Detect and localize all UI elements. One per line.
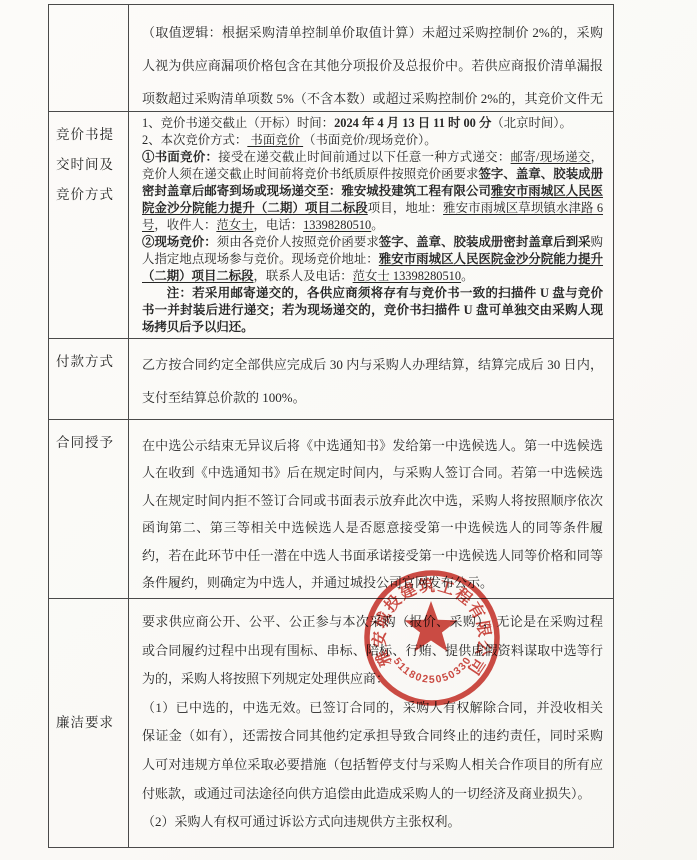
text-segment: ，联系人及电话： xyxy=(254,269,353,283)
text-segment: 2024 年 4 月 13 日 11 时 00 分 xyxy=(334,116,491,130)
row-content-bid-submission: 1、竞价书递交截止（开标）时间：2024 年 4 月 13 日 11 时 00 … xyxy=(129,112,613,338)
document-page: （取值逻辑：根据采购清单控制单价取值计算）未超过采购控制价 2%的，采购人视为供… xyxy=(0,0,697,860)
paragraph: 注：若采用邮寄递交的，各供应商须将存有与竞价书一致的扫描件 U 盘与竞价书一并封… xyxy=(142,285,603,336)
row-label-bid-submission: 竞价书提交时间及竞价方式 xyxy=(49,112,129,338)
text-segment: 要求供应商公开、公平、公正参与本次采购（报价、采购），无论是在采购过程或合同履约… xyxy=(142,614,603,686)
paragraph: （2）采购人有权可通过诉讼方式向违规供方主张权利。 xyxy=(142,808,603,837)
paragraph: 2、本次竞价方式： 书面竞价 （书面竞价/现场竞价）。 xyxy=(142,132,603,149)
table-row-bid-submission: 竞价书提交时间及竞价方式 1、竞价书递交截止（开标）时间：2024 年 4 月 … xyxy=(49,112,613,339)
text-segment: 项目，地址： xyxy=(368,201,443,215)
table-row-payment-method: 付款方式 乙方按合同约定全部供应完成后 30 内与采购人办理结算，结算完成后 3… xyxy=(49,339,613,420)
text-segment: ，电话： xyxy=(254,218,304,232)
table-row-contract-award: 合同授予 在中选公示结束无异议后将《中选通知书》发给第一中选候选人。第一中选候选… xyxy=(49,420,613,599)
row-content-integrity-requirements: 要求供应商公开、公平、公正参与本次采购（报价、采购），无论是在采购过程或合同履约… xyxy=(129,599,613,847)
paragraph: ①书面竞价：接受在递交截止时间前通过以下任意一种方式递交：邮寄/现场递交，竞价人… xyxy=(142,149,603,234)
paragraph: ②现场竞价：须由各竞价人按照竞价函要求签字、盖章、胶装成册密封盖章后到采购人指定… xyxy=(142,234,603,285)
text-segment: 范女士 13398280510 xyxy=(353,269,461,283)
paragraph: 要求供应商公开、公平、公正参与本次采购（报价、采购），无论是在采购过程或合同履约… xyxy=(142,608,603,694)
table-row-integrity-requirements: 廉洁要求 要求供应商公开、公平、公正参与本次采购（报价、采购），无论是在采购过程… xyxy=(49,599,613,847)
row-label-integrity-requirements: 廉洁要求 xyxy=(49,599,129,847)
paragraph: 1、竞价书递交截止（开标）时间：2024 年 4 月 13 日 11 时 00 … xyxy=(142,115,603,132)
text-segment: 在中选公示结束无异议后将《中选通知书》发给第一中选候选人。第一中选候选人在收到《… xyxy=(142,438,603,590)
text-segment: （2）采购人有权可通过诉讼方式向违规供方主张权利。 xyxy=(142,814,461,829)
bidding-notice-table: （取值逻辑：根据采购清单控制单价取值计算）未超过采购控制价 2%的，采购人视为供… xyxy=(48,4,614,848)
text-segment: 须由各竞价人按照竞价函要求 xyxy=(217,235,379,249)
row-label-payment-method: 付款方式 xyxy=(49,339,129,419)
row-label-empty xyxy=(49,5,129,111)
text-segment: 。 xyxy=(371,218,383,232)
text-segment: ，收件人： xyxy=(154,218,216,232)
text-segment: 邮寄/现场递交 xyxy=(511,150,591,164)
table-row-control-price-note: （取值逻辑：根据采购清单控制单价取值计算）未超过采购控制价 2%的，采购人视为供… xyxy=(49,5,613,112)
text-segment: 接受在递交截止时间前通过以下任意一种方式递交： xyxy=(218,150,510,164)
text-segment: （书面竞价/现场竞价）。 xyxy=(303,133,437,147)
row-label-contract-award: 合同授予 xyxy=(49,420,129,598)
paragraph: （1）已中选的，中选无效。已签订合同的，采购人有权解除合同，并没收相关保证金（如… xyxy=(142,694,603,808)
row-content-payment-method: 乙方按合同约定全部供应完成后 30 内与采购人办理结算，结算完成后 30 日内，… xyxy=(129,339,613,419)
text-segment: 书面竞价 xyxy=(247,133,303,147)
text-segment: 乙方按合同约定全部供应完成后 30 内与采购人办理结算，结算完成后 30 日内，… xyxy=(142,357,603,405)
text-segment: 签字、盖章、胶装成册密封盖章后到采 xyxy=(379,235,591,249)
text-segment: ②现场竞价： xyxy=(142,235,217,249)
text-segment: 1、竞价书递交截止（开标）时间： xyxy=(142,116,334,130)
row-content-control-price-note: （取值逻辑：根据采购清单控制单价取值计算）未超过采购控制价 2%的，采购人视为供… xyxy=(129,5,613,111)
paragraph: 在中选公示结束无异议后将《中选通知书》发给第一中选候选人。第一中选候选人在收到《… xyxy=(142,432,603,596)
text-segment: 范女士 xyxy=(216,218,253,232)
text-segment: 。 xyxy=(461,269,473,283)
text-segment: ①书面竞价： xyxy=(142,150,218,164)
row-content-contract-award: 在中选公示结束无异议后将《中选通知书》发给第一中选候选人。第一中选候选人在收到《… xyxy=(129,420,613,598)
paragraph: （取值逻辑：根据采购清单控制单价取值计算）未超过采购控制价 2%的，采购人视为供… xyxy=(142,16,603,111)
text-segment: 2、本次竞价方式： xyxy=(142,133,247,147)
text-segment: （取值逻辑：根据采购清单控制单价取值计算）未超过采购控制价 2%的，采购人视为供… xyxy=(142,25,603,111)
text-segment: （北京时间）。 xyxy=(491,116,572,130)
text-segment: 13398280510 xyxy=(303,218,371,232)
text-segment: 注：若采用邮寄递交的，各供应商须将存有与竞价书一致的扫描件 U 盘与竞价书一并封… xyxy=(142,286,603,334)
paragraph: 乙方按合同约定全部供应完成后 30 内与采购人办理结算，结算完成后 30 日内，… xyxy=(142,348,603,414)
text-segment: （1）已中选的，中选无效。已签订合同的，采购人有权解除合同，并没收相关保证金（如… xyxy=(142,700,603,801)
